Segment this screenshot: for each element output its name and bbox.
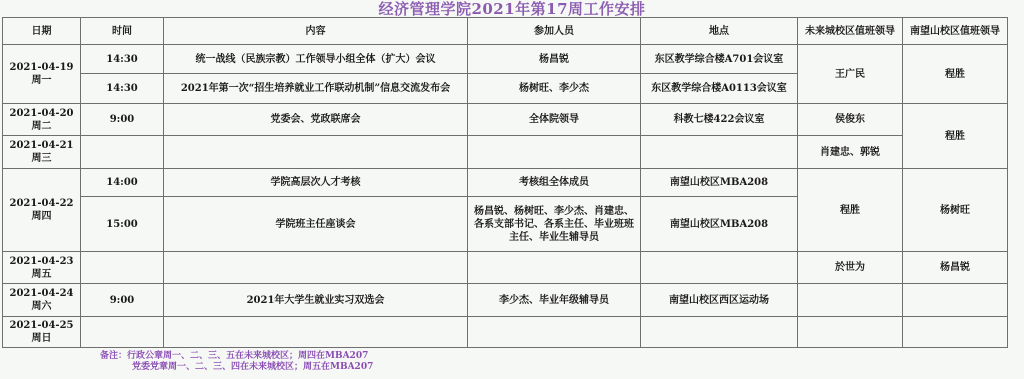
- weilaicheng-duty-cell: [798, 317, 903, 348]
- date-text: 2021-04-20: [6, 107, 77, 120]
- content-cell: [164, 252, 468, 284]
- date-text: 2021-04-21: [6, 139, 77, 152]
- weekday-text: 周三: [6, 152, 77, 165]
- weekday-text: 周日: [6, 332, 77, 345]
- participants-cell: 李少杰、毕业年级辅导员: [468, 284, 641, 317]
- weekday-text: 周一: [6, 74, 77, 87]
- date-cell: 2021-04-19 周一: [3, 45, 81, 104]
- schedule-table: 日期 时间 内容 参加人员 地点 未来城校区值班领导 南望山校区值班领导 202…: [2, 17, 1008, 348]
- date-cell: 2021-04-21 周三: [3, 136, 81, 169]
- header-content: 内容: [164, 18, 468, 45]
- location-cell: 东区教学综合楼A701会议室: [641, 45, 798, 74]
- location-cell: [641, 136, 798, 169]
- weilaicheng-duty-cell: 王广民: [798, 45, 903, 104]
- table-row: 2021-04-21 周三 肖建忠、郭锐: [3, 136, 1008, 169]
- weekday-text: 周六: [6, 300, 77, 313]
- time-cell: [81, 136, 164, 169]
- table-row: 2021-04-25 周日: [3, 317, 1008, 348]
- header-location: 地点: [641, 18, 798, 45]
- location-cell: 东区教学综合楼A0113会议室: [641, 74, 798, 104]
- header-nanwangshan-leader: 南望山校区值班领导: [903, 18, 1008, 45]
- weilaicheng-duty-cell: 侯俊东: [798, 104, 903, 136]
- participants-cell: 全体院领导: [468, 104, 641, 136]
- location-cell: [641, 252, 798, 284]
- location-cell: 南望山校区西区运动场: [641, 284, 798, 317]
- header-time: 时间: [81, 18, 164, 45]
- table-row: 2021-04-20 周二 9:00 党委会、党政联席会 全体院领导 科教七楼4…: [3, 104, 1008, 136]
- date-text: 2021-04-22: [6, 197, 77, 210]
- weekday-text: 周四: [6, 210, 77, 223]
- time-cell: [81, 252, 164, 284]
- participants-cell: 杨树旺、李少杰: [468, 74, 641, 104]
- nanwangshan-duty-cell: [903, 284, 1008, 317]
- date-cell: 2021-04-22 周四: [3, 169, 81, 252]
- content-cell: 学院高层次人才考核: [164, 169, 468, 197]
- participants-cell: [468, 317, 641, 348]
- time-cell: 14:00: [81, 169, 164, 197]
- participants-cell: 考核组全体成员: [468, 169, 641, 197]
- weilaicheng-duty-cell: [798, 284, 903, 317]
- note-line: 备注：行政公章周一、二、三、五在未来城校区；周四在MBA207: [100, 351, 400, 362]
- location-cell: 南望山校区MBA208: [641, 169, 798, 197]
- participants-cell: 杨昌锐: [468, 45, 641, 74]
- date-cell: 2021-04-20 周二: [3, 104, 81, 136]
- table-row: 2021-04-22 周四 14:00 学院高层次人才考核 考核组全体成员 南望…: [3, 169, 1008, 197]
- date-cell: 2021-04-24 周六: [3, 284, 81, 317]
- location-cell: 南望山校区MBA208: [641, 197, 798, 252]
- weilaicheng-duty-cell: 程胜: [798, 169, 903, 252]
- header-date: 日期: [3, 18, 81, 45]
- location-cell: 科教七楼422会议室: [641, 104, 798, 136]
- time-cell: 15:00: [81, 197, 164, 252]
- notes: 备注：行政公章周一、二、三、五在未来城校区；周四在MBA207 党委党章周一、二…: [100, 351, 400, 373]
- date-text: 2021-04-19: [6, 61, 77, 74]
- weekday-text: 周二: [6, 120, 77, 133]
- location-cell: [641, 317, 798, 348]
- weekday-text: 周五: [6, 268, 77, 281]
- table-row: 2021-04-23 周五 於世为 杨昌锐: [3, 252, 1008, 284]
- nanwangshan-duty-cell: [903, 317, 1008, 348]
- nanwangshan-duty-cell: 杨昌锐: [903, 252, 1008, 284]
- nanwangshan-duty-cell: 程胜: [903, 45, 1008, 104]
- date-cell: 2021-04-25 周日: [3, 317, 81, 348]
- date-text: 2021-04-23: [6, 255, 77, 268]
- content-cell: 学院班主任座谈会: [164, 197, 468, 252]
- time-cell: [81, 317, 164, 348]
- date-text: 2021-04-24: [6, 287, 77, 300]
- header-participants: 参加人员: [468, 18, 641, 45]
- content-cell: [164, 136, 468, 169]
- date-cell: 2021-04-23 周五: [3, 252, 81, 284]
- time-cell: 14:30: [81, 74, 164, 104]
- header-row: 日期 时间 内容 参加人员 地点 未来城校区值班领导 南望山校区值班领导: [3, 18, 1008, 45]
- nanwangshan-duty-cell: 杨树旺: [903, 169, 1008, 252]
- participants-cell: [468, 136, 641, 169]
- time-cell: 9:00: [81, 284, 164, 317]
- content-cell: 2021年大学生就业实习双选会: [164, 284, 468, 317]
- content-cell: 统一战线（民族宗教）工作领导小组全体（扩大）会议: [164, 45, 468, 74]
- participants-cell: 杨昌锐、杨树旺、李少杰、肖建忠、各系支部书记、各系主任、毕业班班主任、毕业生辅导…: [468, 197, 641, 252]
- weilaicheng-duty-cell: 於世为: [798, 252, 903, 284]
- content-cell: 党委会、党政联席会: [164, 104, 468, 136]
- header-weilaicheng-leader: 未来城校区值班领导: [798, 18, 903, 45]
- table-row: 2021-04-19 周一 14:30 统一战线（民族宗教）工作领导小组全体（扩…: [3, 45, 1008, 74]
- nanwangshan-duty-cell: 程胜: [903, 104, 1008, 169]
- time-cell: 9:00: [81, 104, 164, 136]
- date-text: 2021-04-25: [6, 319, 77, 332]
- participants-cell: [468, 252, 641, 284]
- content-cell: [164, 317, 468, 348]
- weilaicheng-duty-cell: 肖建忠、郭锐: [798, 136, 903, 169]
- table-row: 2021-04-24 周六 9:00 2021年大学生就业实习双选会 李少杰、毕…: [3, 284, 1008, 317]
- page-title: 经济管理学院2021年第17周工作安排: [0, 0, 1024, 18]
- content-cell: 2021年第一次“招生培养就业工作联动机制”信息交流发布会: [164, 74, 468, 104]
- time-cell: 14:30: [81, 45, 164, 74]
- note-line: 党委党章周一、二、三、四在未来城校区；周五在MBA207: [100, 362, 400, 373]
